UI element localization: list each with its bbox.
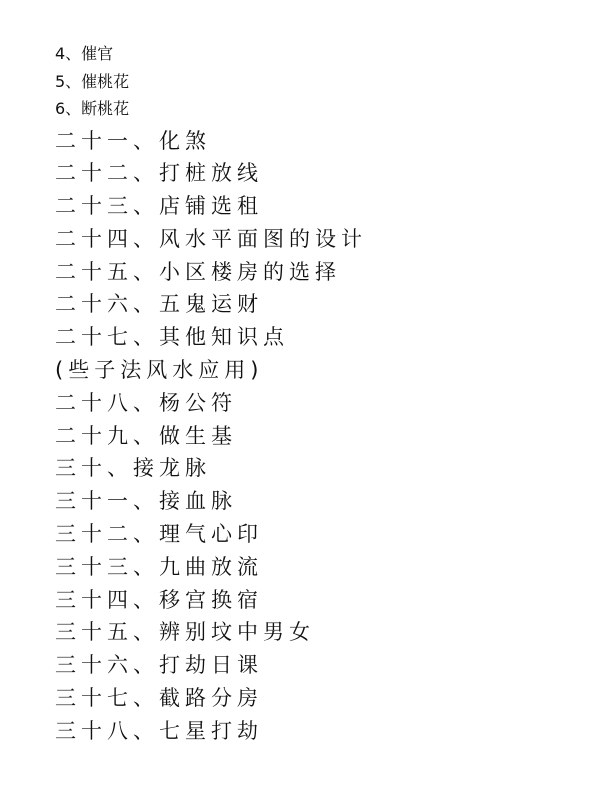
sub-item: 5、催桃花 xyxy=(55,68,367,96)
section-note: (些子法风水应用) xyxy=(55,354,367,387)
section-item: 三十、接龙脉 xyxy=(55,452,367,485)
section-list: 二十一、化煞 二十二、打桩放线 二十三、店铺选租 二十四、风水平面图的设计 二十… xyxy=(55,125,367,748)
section-item: 三十二、理气心印 xyxy=(55,518,367,551)
section-item: 二十六、五鬼运财 xyxy=(55,288,367,321)
sub-item: 6、断桃花 xyxy=(55,95,367,123)
section-item: 二十一、化煞 xyxy=(55,125,367,158)
section-item: 二十二、打桩放线 xyxy=(55,157,367,190)
section-item: 二十五、小区楼房的选择 xyxy=(55,256,367,289)
section-item: 三十四、移宫换宿 xyxy=(55,584,367,617)
section-item: 三十一、接血脉 xyxy=(55,485,367,518)
section-item: 三十五、辨别坟中男女 xyxy=(55,616,367,649)
sub-item-list: 4、催官 5、催桃花 6、断桃花 xyxy=(55,40,367,123)
document-body: 4、催官 5、催桃花 6、断桃花 二十一、化煞 二十二、打桩放线 二十三、店铺选… xyxy=(55,40,367,748)
section-item: 二十九、做生基 xyxy=(55,420,367,453)
section-item: 二十三、店铺选租 xyxy=(55,190,367,223)
section-item: 三十三、九曲放流 xyxy=(55,551,367,584)
section-item: 二十四、风水平面图的设计 xyxy=(55,223,367,256)
section-item: 二十八、杨公符 xyxy=(55,387,367,420)
section-item: 二十七、其他知识点 xyxy=(55,321,367,354)
section-item: 三十八、七星打劫 xyxy=(55,715,367,748)
section-item: 三十六、打劫日课 xyxy=(55,649,367,682)
section-item: 三十七、截路分房 xyxy=(55,682,367,715)
sub-item: 4、催官 xyxy=(55,40,367,68)
